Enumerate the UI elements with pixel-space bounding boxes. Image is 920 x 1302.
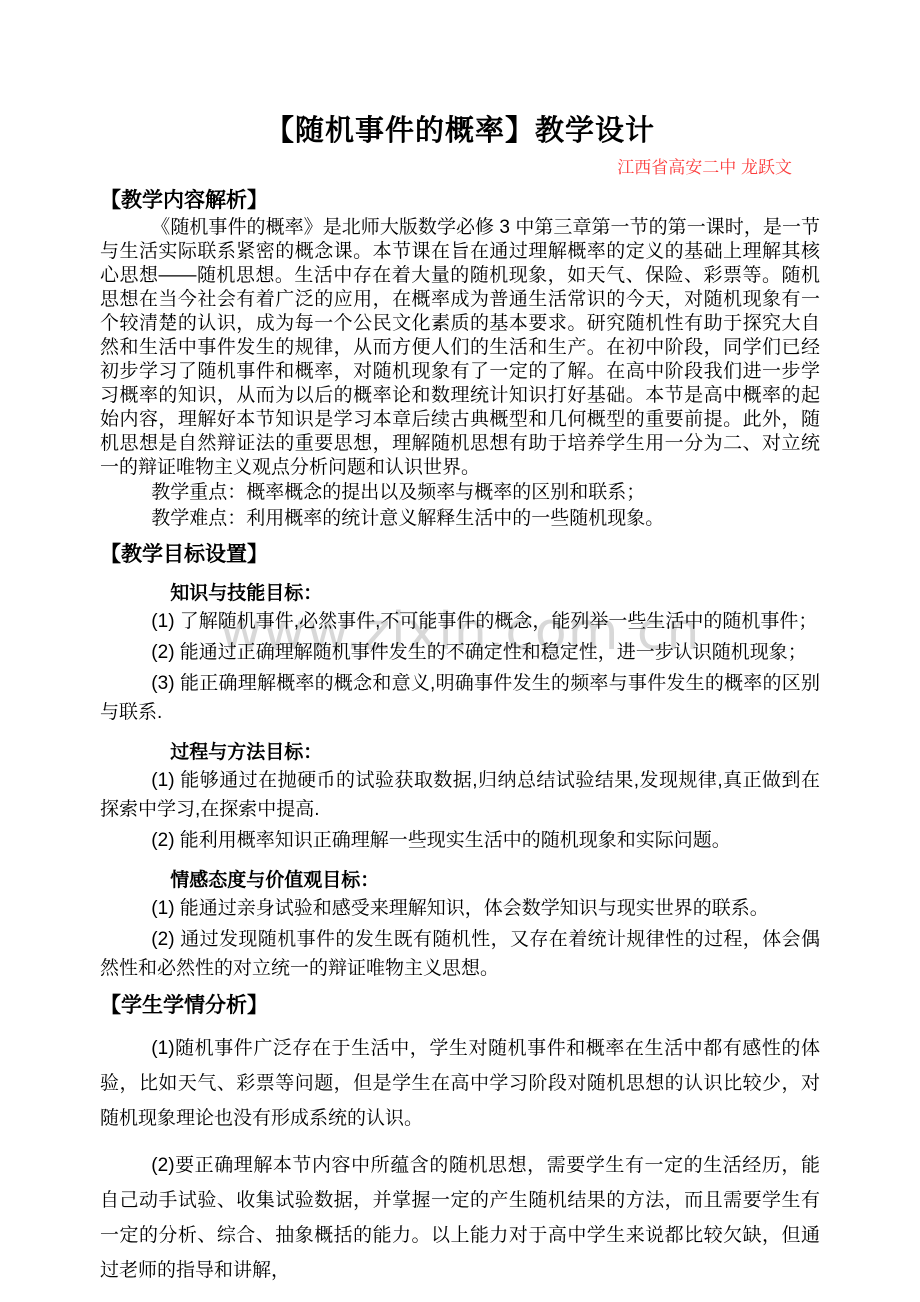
objective-item: (1) 能够通过在抛硬币的试验获取数据,归纳总结试验结果,发现规律,真正做到在探… — [100, 766, 820, 824]
objective-item: (1) 能通过亲身试验和感受来理解知识，体会数学知识与现实世界的联系。 — [100, 894, 820, 923]
objective-item: (3) 能正确理解概率的概念和意义,明确事件发生的频率与事件发生的概率的区别与联… — [100, 669, 820, 727]
content-analysis-paragraph: 《随机事件的概率》是北师大版数学必修 3 中第三章第一节的第一课时，是一节与生活… — [100, 216, 820, 480]
teaching-key-point: 教学重点：概率概念的提出以及频率与概率的区别和联系； — [100, 480, 820, 506]
author-line: 江西省高安二中 龙跃文 — [100, 153, 820, 178]
section-heading-student-analysis: 【学生学情分析】 — [100, 989, 820, 1019]
subheading-knowledge-skills: 知识与技能目标： — [100, 578, 820, 605]
objective-item: (2) 能利用概率知识正确理解一些现实生活中的随机现象和实际问题。 — [100, 826, 820, 855]
student-analysis-paragraph: (2)要正确理解本节内容中所蕴含的随机思想，需要学生有一定的生活经历，能自己动手… — [100, 1148, 820, 1288]
subheading-process-method: 过程与方法目标： — [100, 737, 820, 764]
student-analysis-paragraph: (1)随机事件广泛存在于生活中，学生对随机事件和概率在生活中都有感性的体验，比如… — [100, 1031, 820, 1136]
section-heading-content-analysis: 【教学内容解析】 — [100, 184, 820, 214]
objective-item: (1) 了解随机事件,必然事件,不可能事件的概念，能列举一些生活中的随机事件； — [100, 607, 820, 636]
objective-item: (2) 能通过正确理解随机事件发生的不确定性和稳定性，进一步认识随机现象； — [100, 638, 820, 667]
teaching-difficult-point: 教学难点：利用概率的统计意义解释生活中的一些随机现象。 — [100, 506, 820, 532]
section-heading-objectives: 【教学目标设置】 — [100, 538, 820, 568]
page-title: 【随机事件的概率】教学设计 — [100, 108, 820, 149]
subheading-emotion-values: 情感态度与价值观目标： — [100, 865, 820, 892]
objective-item: (2) 通过发现随机事件的发生既有随机性，又存在着统计规律性的过程，体会偶然性和… — [100, 925, 820, 983]
document-page: 【随机事件的概率】教学设计 江西省高安二中 龙跃文 【教学内容解析】 《随机事件… — [100, 0, 820, 1288]
